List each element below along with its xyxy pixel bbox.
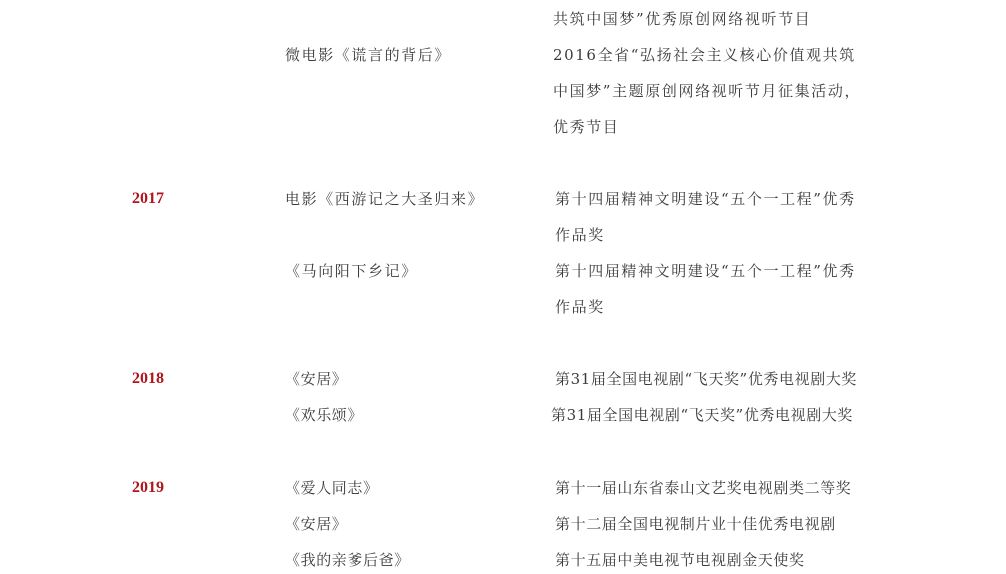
year-label: 2017 xyxy=(132,189,164,209)
award-text: 第十一届山东省泰山文艺奖电视剧类二等奖 xyxy=(555,478,851,498)
award-text: 共筑中国梦”优秀原创网络视听节目 xyxy=(553,9,811,29)
award-text: 作品奖 xyxy=(555,297,605,317)
year-label: 2018 xyxy=(132,369,164,389)
award-text: 第十二届全国电视制片业十佳优秀电视剧 xyxy=(555,514,836,534)
award-text: 中国梦”主题原创网络视听节月征集活动， xyxy=(553,81,861,101)
award-text: 第31届全国电视剧“飞天奖”优秀电视剧大奖 xyxy=(551,405,853,425)
work-title: 《马向阳下乡记》 xyxy=(285,261,418,281)
work-title: 微电影《谎言的背后》 xyxy=(285,45,451,65)
award-text: 第十四届精神文明建设“五个一工程”优秀 xyxy=(555,261,856,281)
award-text: 作品奖 xyxy=(555,225,605,245)
work-title: 《欢乐颂》 xyxy=(285,405,363,425)
award-text: 优秀节目 xyxy=(553,117,619,137)
work-title: 《爱人同志》 xyxy=(285,478,379,498)
award-text: 第十五届中美电视节电视剧金天使奖 xyxy=(555,550,805,570)
award-text: 第十四届精神文明建设“五个一工程”优秀 xyxy=(555,189,856,209)
award-text: 第31届全国电视剧“飞天奖”优秀电视剧大奖 xyxy=(555,369,857,389)
work-title: 电影《西游记之大圣归来》 xyxy=(285,189,484,209)
work-title: 《我的亲爹后爸》 xyxy=(285,550,410,570)
work-title: 《安居》 xyxy=(285,369,347,389)
award-text: 2016全省“弘扬社会主义核心价值观共筑 xyxy=(553,45,856,65)
work-title: 《安居》 xyxy=(285,514,347,534)
year-label: 2019 xyxy=(132,478,164,498)
